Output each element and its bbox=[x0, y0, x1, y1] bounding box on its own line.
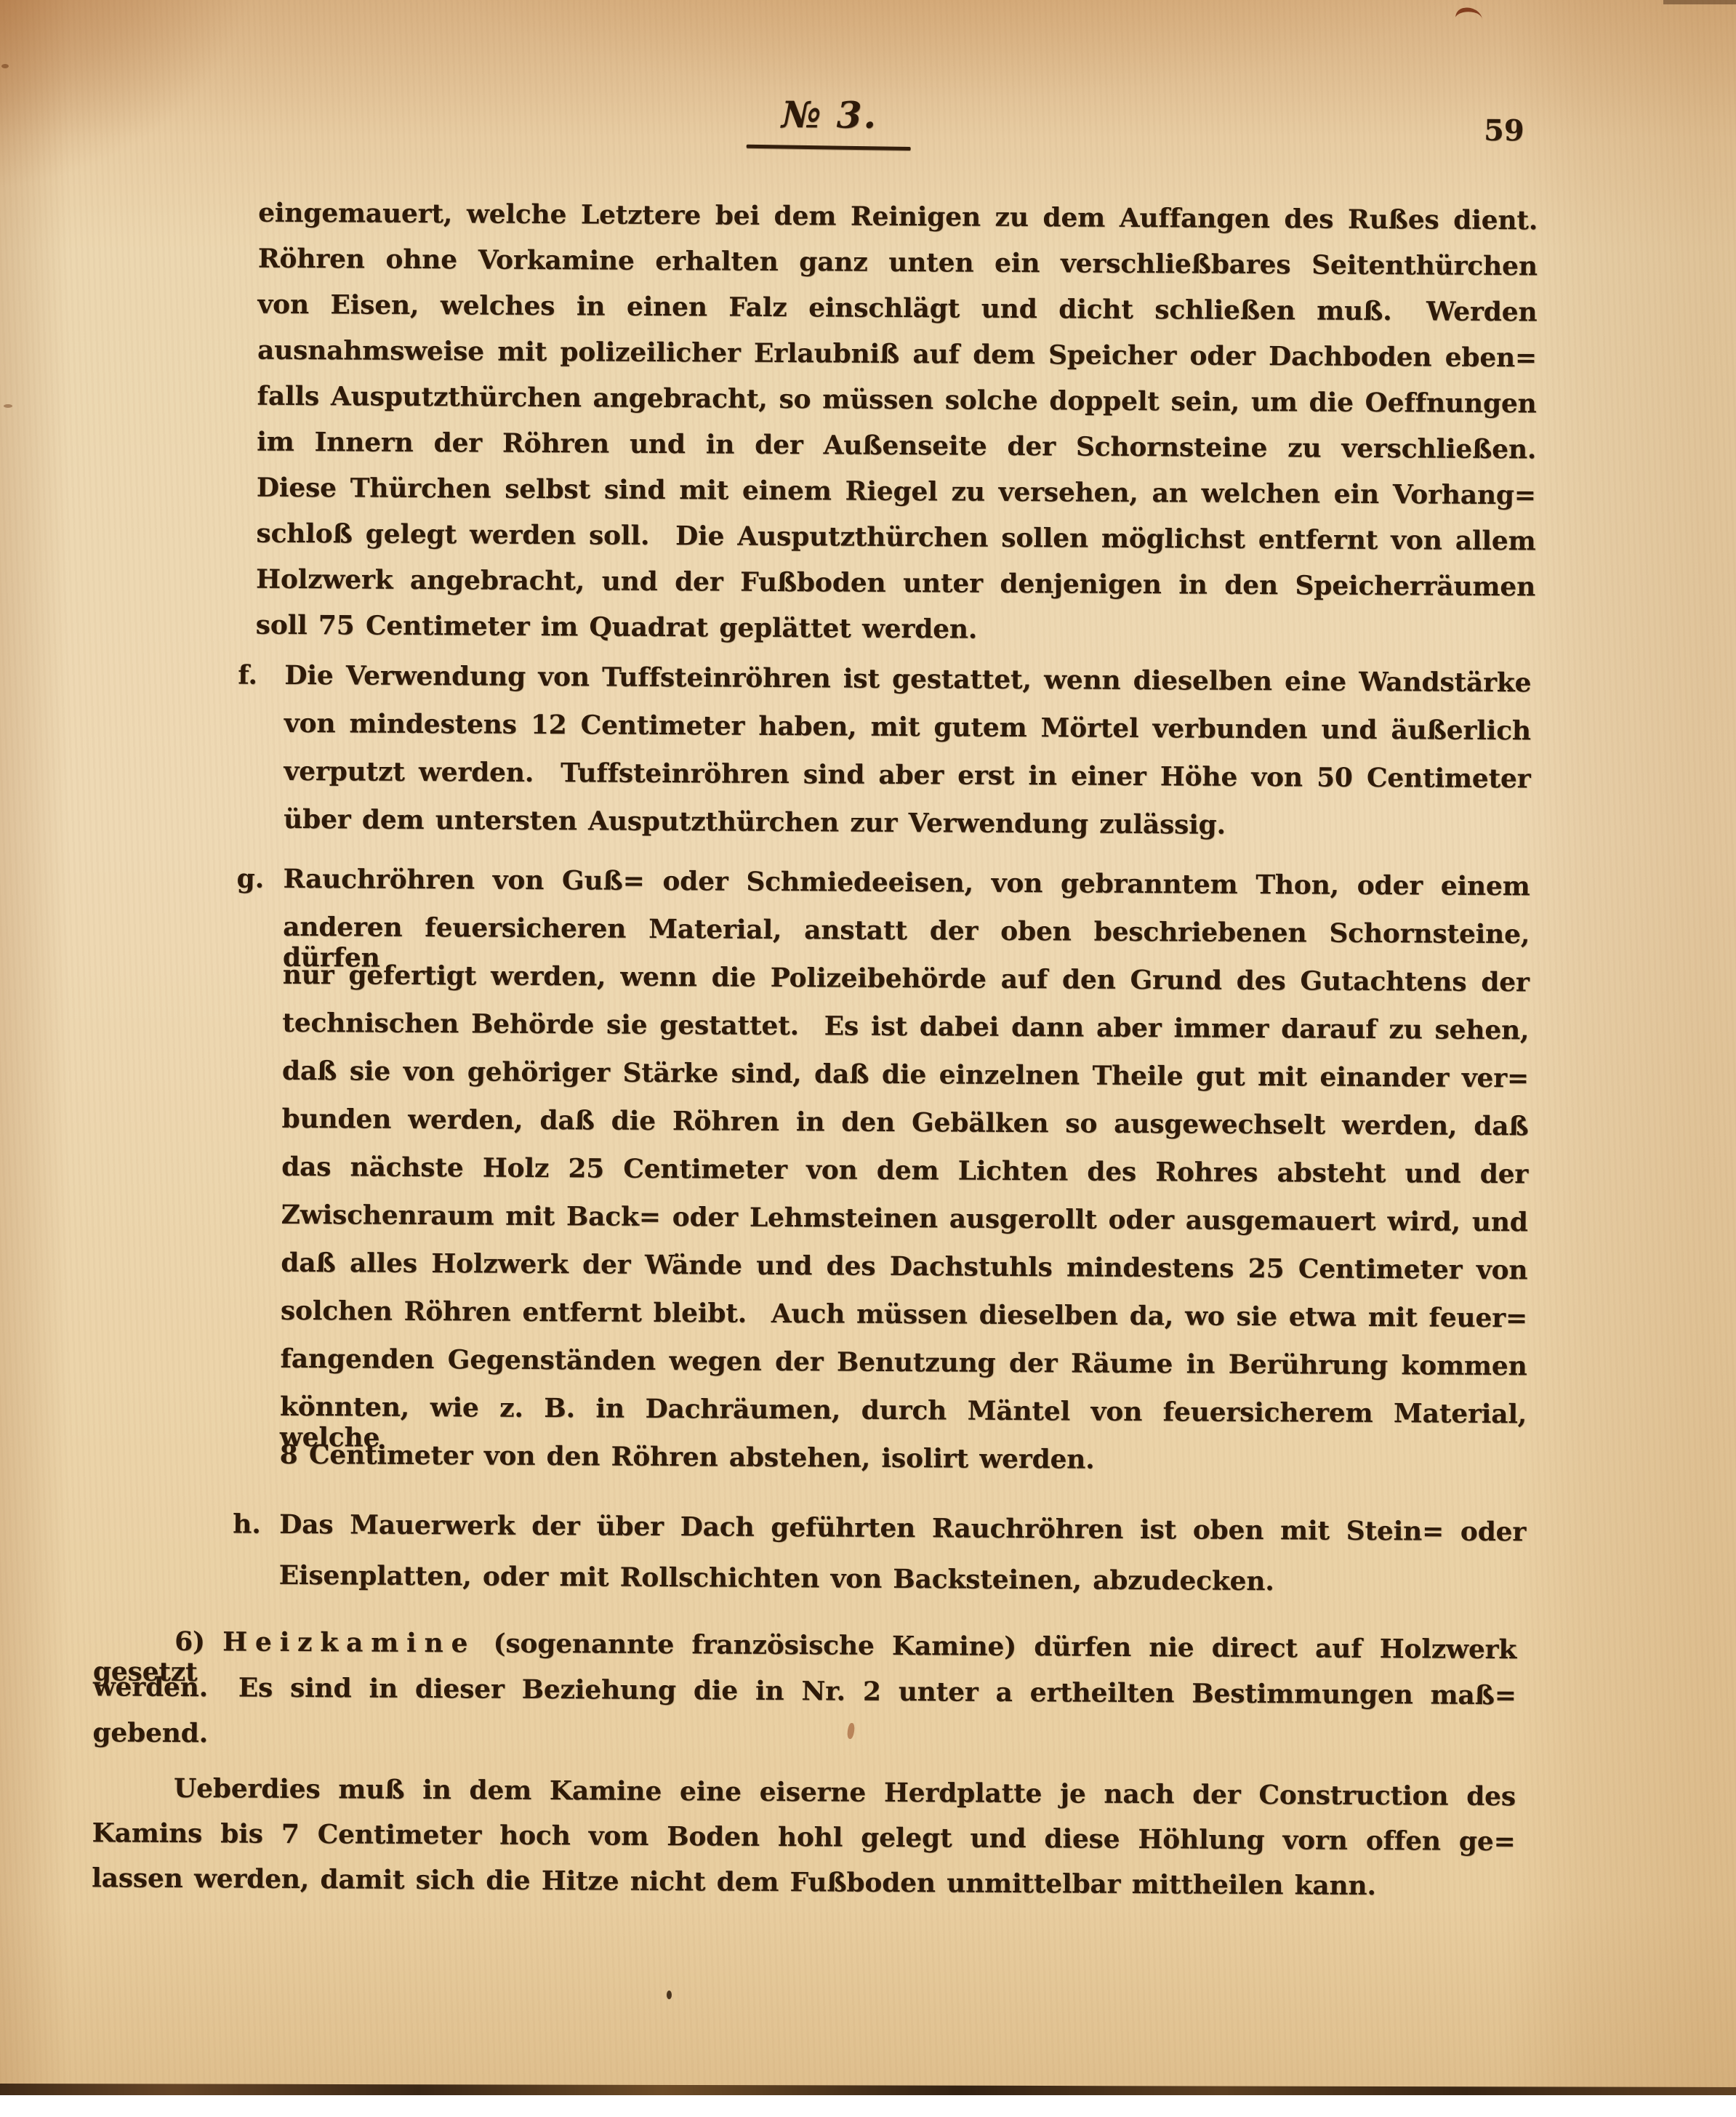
section-heading: № 3. bbox=[728, 93, 931, 137]
scanned-document-page: { "colors": {"paper": "#ecd7b0", "ink": … bbox=[0, 0, 1736, 2117]
item-marker-h: h. bbox=[233, 1509, 261, 1539]
paragraph-ueberdies: Ueberdies muß in dem Kamine eine eiserne… bbox=[92, 1772, 1516, 1927]
item-marker-g: g. bbox=[236, 863, 264, 893]
text-line: bunden werden, daß die Röhren in den Geb… bbox=[281, 1104, 1528, 1141]
scanner-background bbox=[0, 2095, 1736, 2117]
list-item-h: h. Das Mauerwerk der über Dach geführten… bbox=[278, 1509, 1526, 1626]
item-marker-f: f. bbox=[238, 659, 257, 690]
text-line: Rauchröhren von Guß= oder Schmiedeeisen,… bbox=[283, 864, 1530, 901]
list-item-f: f. Die Verwendung von Tuffsteinröhren is… bbox=[284, 660, 1532, 864]
text-line: lassen werden, damit sich die Hitze nich… bbox=[92, 1863, 1515, 1902]
text-line: Eisenplatten, oder mit Rollschichten von… bbox=[279, 1560, 1526, 1598]
text-line: Diese Thürchen selbst sind mit einem Rie… bbox=[257, 473, 1536, 511]
emphasized-term: Heizkamine bbox=[222, 1626, 475, 1658]
text-line: von mindestens 12 Centimeter haben, mit … bbox=[284, 708, 1531, 746]
text-line: Zwischenraum mit Back= oder Lehmsteinen … bbox=[281, 1200, 1528, 1237]
paragraph-continuation: eingemauert, welche Letztere bei dem Rei… bbox=[255, 198, 1538, 671]
heading-underline-rule bbox=[747, 145, 911, 150]
printed-area: № 3. 59 eingemauert, welche Letztere bei… bbox=[0, 0, 1736, 2098]
text-line: falls Ausputzthürchen angebracht, so müs… bbox=[257, 381, 1536, 419]
text-line: verputzt werden. Tuffsteinröhren sind ab… bbox=[284, 756, 1530, 794]
paper-sheet: № 3. 59 eingemauert, welche Letztere bei… bbox=[0, 0, 1736, 2098]
text-line: von Eisen, welches in einen Falz einschl… bbox=[257, 289, 1537, 328]
text-line: soll 75 Centimeter im Quadrat geplättet … bbox=[256, 610, 1535, 648]
ink-speck bbox=[4, 404, 12, 408]
ink-speck bbox=[667, 1991, 672, 1999]
text-line: über dem untersten Ausputzthürchen zur V… bbox=[284, 804, 1530, 842]
text-line: Röhren ohne Vorkamine erhalten ganz unte… bbox=[258, 244, 1538, 282]
page-edge-shadow bbox=[1663, 0, 1736, 4]
paragraph-6-heizkamine: 6) Heizkamine (sogenannte französische K… bbox=[92, 1626, 1516, 1780]
list-item-g: g. Rauchröhren von Guß= oder Schmiedeeis… bbox=[279, 864, 1530, 1496]
page-number: 59 bbox=[1475, 113, 1533, 148]
text-line: technischen Behörde sie gestattet. Es is… bbox=[282, 1008, 1529, 1045]
text-line: fangenden Gegenständen wegen der Benutzu… bbox=[280, 1343, 1527, 1381]
text-line: das nächste Holz 25 Centimeter von dem L… bbox=[281, 1152, 1528, 1189]
paragraph-number: 6) bbox=[174, 1626, 205, 1657]
text-line: schloß gelegt werden soll. Die Ausputzth… bbox=[256, 518, 1535, 557]
text-line: eingemauert, welche Letztere bei dem Rei… bbox=[258, 198, 1538, 236]
text-line: Holzwerk angebracht, und der Fußboden un… bbox=[256, 564, 1535, 603]
text-line: ausnahmsweise mit polizeilicher Erlaubni… bbox=[257, 335, 1537, 374]
text-line: im Innern der Röhren und in der Außensei… bbox=[257, 427, 1536, 465]
text-line: Das Mauerwerk der über Dach geführten Ra… bbox=[279, 1509, 1526, 1547]
ink-speck bbox=[1, 64, 9, 68]
text-line: daß alles Holzwerk der Wände und des Dac… bbox=[281, 1248, 1527, 1285]
text-line: gebend. bbox=[92, 1717, 1516, 1756]
text-line: daß sie von gehöriger Stärke sind, daß d… bbox=[282, 1056, 1529, 1093]
text-line: Kamins bis 7 Centimeter hoch vom Boden h… bbox=[92, 1817, 1515, 1857]
text-line: solchen Röhren entfernt bleibt. Auch müs… bbox=[281, 1295, 1527, 1333]
